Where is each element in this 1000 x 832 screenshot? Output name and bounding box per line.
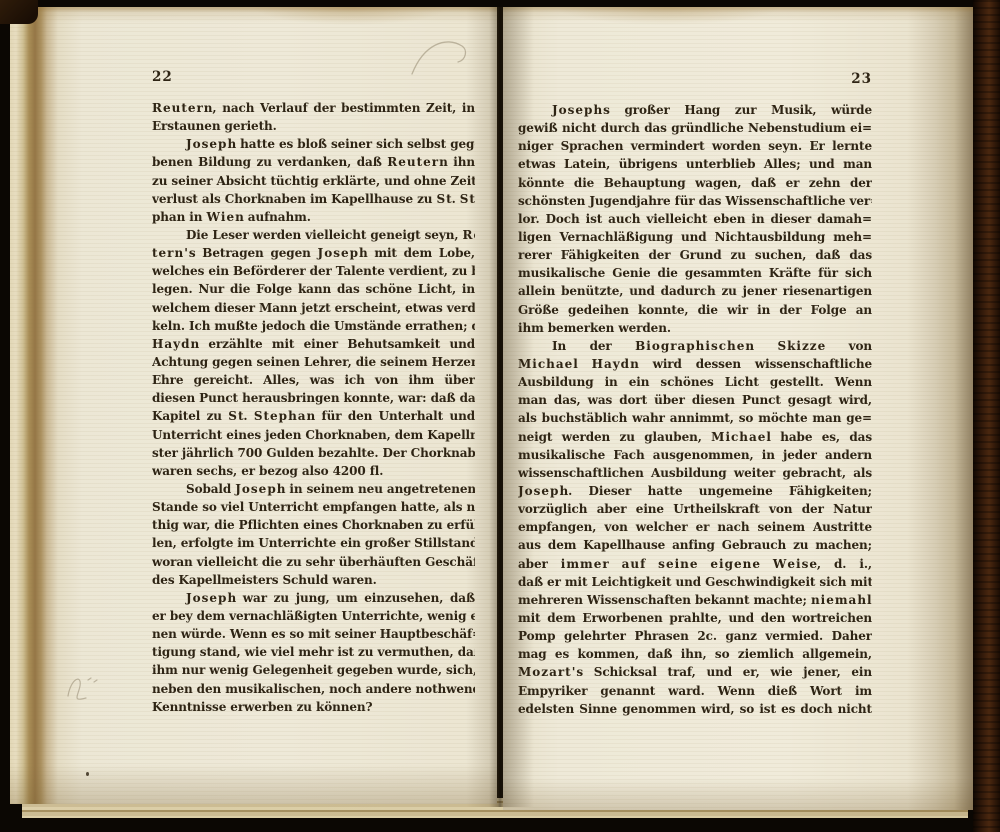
left-page-number: 22 xyxy=(152,69,173,85)
text-line: zu seiner Absicht tüchtig erklärte, und … xyxy=(152,172,475,190)
book-scan: 22 R e u t e r n, nach Verlauf der besti… xyxy=(0,0,1000,832)
text-line: neigt werden zu glauben, M i c h a e l h… xyxy=(518,428,872,446)
text-line: R e u t e r n, nach Verlauf der bestimmt… xyxy=(152,99,475,117)
text-line: H a y d n erzählte mit einer Behutsamkei… xyxy=(152,335,475,353)
binding-gutter-shadow xyxy=(466,7,534,807)
text-line: etwas Latein, übrigens unterblieb Alles;… xyxy=(518,155,872,173)
text-line: empfangen, von welcher er nach seinem Au… xyxy=(518,518,872,536)
right-text-block: J o s e p h s großer Hang zur Musik, wür… xyxy=(518,101,872,721)
text-line: J o s e p h. Dieser hatte ungemeine Fähi… xyxy=(518,482,872,500)
text-line: schönsten Jugendjahre für das Wissenscha… xyxy=(518,192,872,210)
text-line: M o z a r t ' s Schicksal traf, und er, … xyxy=(518,663,872,681)
text-line: mit dem Erworbenen prahlte, und den wort… xyxy=(518,609,872,627)
text-line: Ausbildung in ein schönes Licht gestellt… xyxy=(518,373,872,391)
text-line: niger Sprachen vermindert worden seyn. E… xyxy=(518,137,872,155)
text-line: lor. Doch ist auch vielleicht eben in di… xyxy=(518,210,872,228)
text-line: Größe gedeihen konnte, die wir in der Fo… xyxy=(518,301,872,319)
text-line: daß er mit Leichtigkeit und Geschwindigk… xyxy=(518,573,872,591)
text-line: verlust als Chorknaben im Kapellhause zu… xyxy=(152,190,475,208)
text-line: nen würde. Wenn es so mit seiner Hauptbe… xyxy=(152,625,475,643)
text-line: Erstaunen gerieth. xyxy=(152,117,475,135)
text-line: Kenntnisse erwerben zu können? xyxy=(152,698,475,716)
text-line: ster jährlich 700 Gulden bezahlte. Der C… xyxy=(152,444,475,462)
text-line: Empyriker genannt ward. Wenn dieß Wort i… xyxy=(518,682,872,700)
text-line: thig war, die Pflichten eines Chorknaben… xyxy=(152,516,475,534)
pencil-mark xyxy=(58,666,104,708)
text-line: man das, was dort über diesen Punct gesa… xyxy=(518,391,872,409)
text-line: neben den musikalischen, noch andere not… xyxy=(152,680,475,698)
text-line: legen. Nur die Folge kann das schöne Lic… xyxy=(152,280,475,298)
text-line: er bey dem vernachläßigten Unterrichte, … xyxy=(152,607,475,625)
text-line: edelsten Sinne genommen wird, so ist es … xyxy=(518,700,872,718)
text-line: aus dem Kapellhause anfing Gebrauch zu m… xyxy=(518,536,872,554)
text-line: musikalische Fach ausgenommen, in jeder … xyxy=(518,446,872,464)
text-line: In der B i o g r a p h i s c h e n S k i… xyxy=(518,337,872,355)
text-line: aber i m m e r a u f s e i n e e i g e n… xyxy=(518,555,872,573)
text-line: wissenschaftlichen Ausbildung weiter geb… xyxy=(518,464,872,482)
text-line: rerer Fähigkeiten der Grund zu suchen, d… xyxy=(518,246,872,264)
text-line: Achtung gegen seinen Lehrer, die seinem … xyxy=(152,353,475,371)
text-line: musikalische Genie die gesammten Kräfte … xyxy=(518,264,872,282)
text-line: des Kapellmeisters Schuld waren. xyxy=(152,571,475,589)
text-line: waren sechs, er bezog also 4200 fl. xyxy=(152,462,475,480)
text-line: ligen Vernachläßigung und Nichtausbildun… xyxy=(518,228,872,246)
text-line: Pomp gelehrter Phrasen 2c. ganz vermied.… xyxy=(518,627,872,645)
text-line: mag es kommen, daß ihn, so ziemlich allg… xyxy=(518,645,872,663)
text-line: Kapitel zu S t. S t e p h a n für den Un… xyxy=(152,407,475,425)
text-line: allein benützte, und dadurch zu jener ri… xyxy=(518,282,872,300)
text-line: Die Leser werden vielleicht geneigt seyn… xyxy=(152,226,475,244)
text-line: benen Bildung zu verdanken, daß R e u t … xyxy=(152,153,475,171)
text-line: t e r n ' s Betragen gegen J o s e p h m… xyxy=(152,244,475,262)
right-page: 23 J o s e p h s großer Hang zur Musik, … xyxy=(503,7,973,810)
text-line: ihm nur wenig Gelegenheit gegeben wurde,… xyxy=(152,661,475,679)
text-line: vorzüglich aber eine Urtheilskraft von d… xyxy=(518,500,872,518)
pencil-mark xyxy=(406,30,480,82)
text-line: Unterricht eines jeden Chorknaben, dem K… xyxy=(152,426,475,444)
text-line: mehreren Wissenschaften bekannt machte; … xyxy=(518,591,872,609)
text-line: M i c h a e l H a y d n wird dessen wiss… xyxy=(518,355,872,373)
text-line: woran vielleicht die zu sehr überhäuften… xyxy=(152,553,475,571)
text-line: phan in W i e n aufnahm. xyxy=(152,208,475,226)
text-line: J o s e p h war zu jung, um einzusehen, … xyxy=(152,589,475,607)
text-line: Stande so viel Unterricht empfangen hatt… xyxy=(152,498,475,516)
text-line: gewiß nicht durch das gründliche Nebenst… xyxy=(518,119,872,137)
text-line: keln. Ich mußte jedoch die Umstände erra… xyxy=(152,317,475,335)
cover-corner xyxy=(0,0,38,24)
text-line: könnte die Behauptung wagen, daß er zehn… xyxy=(518,174,872,192)
text-line: J o s e p h hatte es bloß seiner sich se… xyxy=(152,135,475,153)
text-line: len, erfolgte im Unterrichte ein großer … xyxy=(152,534,475,552)
left-text-block: R e u t e r n, nach Verlauf der bestimmt… xyxy=(152,99,475,721)
text-line: welchem dieser Mann jetzt erscheint, etw… xyxy=(152,299,475,317)
ink-speck xyxy=(86,772,89,776)
text-line: als buchstäblich wahr annimmt, so möchte… xyxy=(518,409,872,427)
text-line: welches ein Beförderer der Talente verdi… xyxy=(152,262,475,280)
text-line: diesen Punct herausbringen konnte, war: … xyxy=(152,389,475,407)
text-line: tigung stand, wie viel mehr ist zu vermu… xyxy=(152,643,475,661)
text-line: J o s e p h s großer Hang zur Musik, wür… xyxy=(518,101,872,119)
right-page-number: 23 xyxy=(518,71,872,87)
leather-cover-edge xyxy=(973,0,1000,832)
text-line: Sobald J o s e p h in seinem neu angetre… xyxy=(152,480,475,498)
text-line: ihm bemerken werden. xyxy=(518,319,872,337)
text-line: Ehre gereicht. Alles, was ich von ihm üb… xyxy=(152,371,475,389)
